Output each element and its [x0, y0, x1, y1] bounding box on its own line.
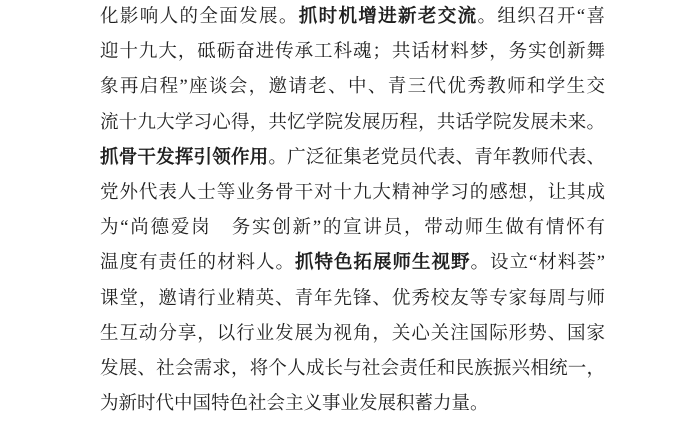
text-block: 化影响人的全面发展。抓时机增进新老交流。组织召开“喜迎十九大，砥砺奋进传承工科魂…	[100, 0, 605, 422]
document-page: 化影响人的全面发展。抓时机增进新老交流。组织召开“喜迎十九大，砥砺奋进传承工科魂…	[0, 0, 682, 422]
text-segment: 化影响人的全面发展。	[100, 7, 299, 27]
text-line: 抓骨干发挥引领作用。广泛征集老党员代表、青年教师代表、	[100, 141, 605, 176]
text-segment: 。组织召开“喜	[478, 7, 605, 27]
text-line: 迎十九大，砥砺奋进传承工科魂；共话材料梦，务实创新舞	[100, 35, 605, 70]
text-segment: 发展、社会需求，将个人成长与社会责任和民族振兴相统一，	[100, 359, 605, 379]
text-segment: 为新时代中国特色社会主义事业发展积蓄力量。	[100, 394, 489, 414]
text-line: 象再启程”座谈会，邀请老、中、青三代优秀教师和学生交	[100, 70, 605, 105]
text-line: 流十九大学习心得，共忆学院发展历程，共话学院发展未来。	[100, 106, 605, 141]
text-segment: 流十九大学习心得，共忆学院发展历程，共话学院发展未来。	[100, 113, 605, 133]
text-segment: 。设立“材料荟”	[471, 253, 605, 273]
text-segment: 迎十九大，砥砺奋进传承工科魂；共话材料梦，务实创新舞	[100, 42, 605, 62]
bold-text-segment: 抓骨干发挥引领作用	[100, 148, 268, 168]
bold-text-segment: 抓时机增进新老交流	[299, 7, 478, 27]
text-segment: 党外代表人士等业务骨干对十九大精神学习的感想，让其成	[100, 183, 605, 203]
bold-text-segment: 抓特色拓展师生视野	[295, 253, 471, 273]
text-segment: 象再启程”座谈会，邀请老、中、青三代优秀教师和学生交	[100, 77, 605, 97]
text-segment: 为“尚德爱岗 务实创新”的宣讲员，带动师生做有情怀有	[100, 218, 605, 238]
text-segment: 温度有责任的材料人。	[100, 253, 295, 273]
text-line: 化影响人的全面发展。抓时机增进新老交流。组织召开“喜	[100, 0, 605, 35]
text-segment: 。广泛征集老党员代表、青年教师代表、	[268, 148, 605, 168]
text-segment: 课堂，邀请行业精英、青年先锋、优秀校友等专家每周与师	[100, 289, 605, 309]
text-line: 课堂，邀请行业精英、青年先锋、优秀校友等专家每周与师	[100, 282, 605, 317]
text-line: 为新时代中国特色社会主义事业发展积蓄力量。	[100, 387, 605, 422]
text-segment: 生互动分享，以行业发展为视角，关心关注国际形势、国家	[100, 324, 605, 344]
text-line: 发展、社会需求，将个人成长与社会责任和民族振兴相统一，	[100, 352, 605, 387]
text-line: 生互动分享，以行业发展为视角，关心关注国际形势、国家	[100, 317, 605, 352]
text-line: 温度有责任的材料人。抓特色拓展师生视野。设立“材料荟”	[100, 246, 605, 281]
text-line: 为“尚德爱岗 务实创新”的宣讲员，带动师生做有情怀有	[100, 211, 605, 246]
text-line: 党外代表人士等业务骨干对十九大精神学习的感想，让其成	[100, 176, 605, 211]
